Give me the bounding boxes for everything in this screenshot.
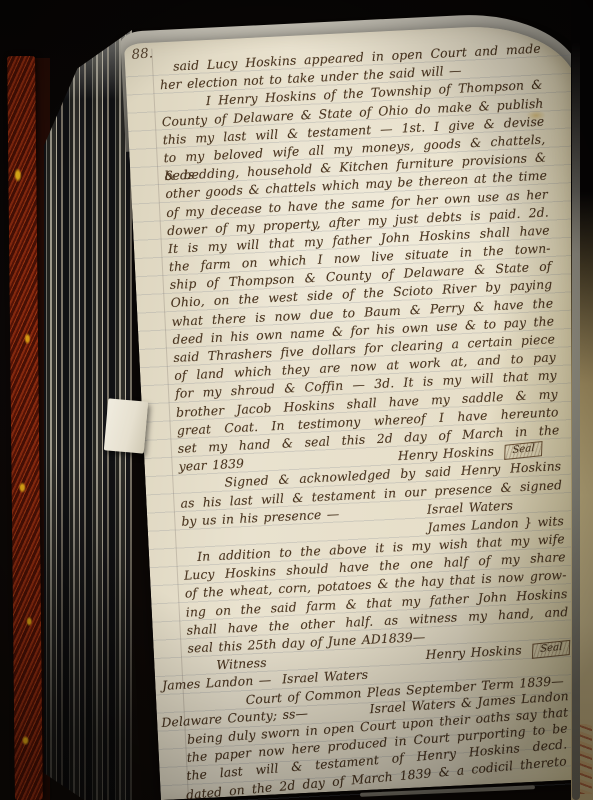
paper-tab-bookmark	[104, 398, 148, 453]
manuscript-lines: said Lucy Hoskins appeared in open Court…	[125, 38, 593, 800]
manuscript-page: 88. said Lucy Hoskins appeared in open C…	[124, 22, 593, 800]
gutter-spine-band	[572, 42, 580, 800]
photograph-of-record-book: 88. said Lucy Hoskins appeared in open C…	[0, 0, 593, 800]
marbling-stains-bottom-right	[580, 724, 592, 794]
seal-mark: Seal	[504, 441, 543, 460]
